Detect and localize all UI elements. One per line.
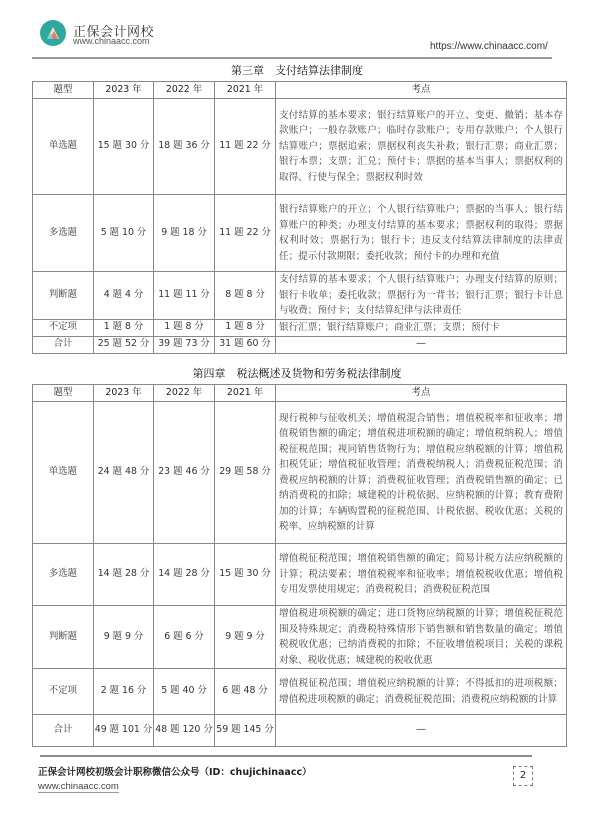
col-header-2023: 2023 年	[94, 82, 154, 99]
cell-2022: 48 题 120 分	[154, 715, 215, 747]
cell-type: 单选题	[33, 99, 94, 195]
chapter4-title: 第四章 税法概述及货物和劳务税法律制度	[0, 365, 594, 381]
table-row: 判断题 9 题 9 分 6 题 6 分 9 题 9 分 增值税进项税额的确定；进…	[33, 606, 567, 669]
footer-url-link[interactable]: www.chinaacc.com	[38, 781, 119, 793]
col-header-2023: 2023 年	[94, 385, 154, 402]
col-header-2021: 2021 年	[215, 385, 276, 402]
cell-2021: 15 题 30 分	[215, 544, 276, 606]
table-total-row: 合计 25 题 52 分 39 题 73 分 31 题 60 分 —	[33, 336, 567, 353]
cell-2022: 5 题 40 分	[154, 669, 215, 715]
cell-points: 支付结算的基本要求；个人银行结算账户；办理支付结算的原则；银行卡收单；委托收款；…	[276, 272, 567, 320]
header-divider	[32, 57, 552, 59]
table-row: 单选题 15 题 30 分 18 题 36 分 11 题 22 分 支付结算的基…	[33, 99, 567, 195]
col-header-type: 题型	[33, 82, 94, 99]
col-header-points: 考点	[276, 385, 567, 402]
table-header-row: 题型 2023 年 2022 年 2021 年 考点	[33, 82, 567, 99]
cell-2022: 1 题 8 分	[154, 319, 215, 336]
col-header-2021: 2021 年	[215, 82, 276, 99]
chapter4-table: 题型 2023 年 2022 年 2021 年 考点 单选题 24 题 48 分…	[32, 384, 567, 747]
site-url-link[interactable]: https://www.chinaacc.com/	[430, 41, 548, 52]
brand-url[interactable]: www.chinaacc.com	[73, 36, 150, 46]
cell-type: 不定项	[33, 669, 94, 715]
table-header-row: 题型 2023 年 2022 年 2021 年 考点	[33, 385, 567, 402]
cell-2023: 5 题 10 分	[94, 195, 154, 272]
chapter3-table: 题型 2023 年 2022 年 2021 年 考点 单选题 15 题 30 分…	[32, 81, 567, 354]
cell-2021: 59 题 145 分	[215, 715, 276, 747]
cell-type: 判断题	[33, 606, 94, 669]
col-header-2022: 2022 年	[154, 385, 215, 402]
col-header-points: 考点	[276, 82, 567, 99]
cell-points: 增值税征税范围；增值税应纳税额的计算；不得抵扣的进项税额；增值税进项税额的确定；…	[276, 669, 567, 715]
cell-2022: 9 题 18 分	[154, 195, 215, 272]
cell-points: 支付结算的基本要求；银行结算账户的开立、变更、撤销；基本存款账户；一般存款账户；…	[276, 99, 567, 195]
table-row: 单选题 24 题 48 分 23 题 46 分 29 题 58 分 现行税种与征…	[33, 402, 567, 544]
table-row: 判断题 4 题 4 分 11 题 11 分 8 题 8 分 支付结算的基本要求；…	[33, 272, 567, 320]
cell-points: 银行结算账户的开立；个人银行结算账户；票据的当事人；银行结算账户的种类；办理支付…	[276, 195, 567, 272]
cell-points: 现行税种与征收机关；增值税混合销售；增值税税率和征收率；增值税销售额的确定；增值…	[276, 402, 567, 544]
cell-type: 判断题	[33, 272, 94, 320]
cell-type: 不定项	[33, 319, 94, 336]
cell-2022: 39 题 73 分	[154, 336, 215, 353]
cell-points: 增值税进项税额的确定；进口货物应纳税额的计算；增值税征税范围及特殊规定；消费税特…	[276, 606, 567, 669]
cell-2021: 1 题 8 分	[215, 319, 276, 336]
cell-points: —	[276, 715, 567, 747]
cell-2023: 49 题 101 分	[94, 715, 154, 747]
col-header-type: 题型	[33, 385, 94, 402]
cell-points: 增值税征税范围；增值税销售额的确定；简易计税方法应纳税额的计算；税法要素；增值税…	[276, 544, 567, 606]
cell-2021: 6 题 48 分	[215, 669, 276, 715]
table-total-row: 合计 49 题 101 分 48 题 120 分 59 题 145 分 —	[33, 715, 567, 747]
cell-2023: 9 题 9 分	[94, 606, 154, 669]
cell-2021: 8 题 8 分	[215, 272, 276, 320]
cell-type: 单选题	[33, 402, 94, 544]
footer-divider	[40, 755, 532, 757]
table-row: 不定项 1 题 8 分 1 题 8 分 1 题 8 分 银行汇票；银行结算账户；…	[33, 319, 567, 336]
col-header-2022: 2022 年	[154, 82, 215, 99]
cell-2022: 14 题 28 分	[154, 544, 215, 606]
table-row: 多选题 5 题 10 分 9 题 18 分 11 题 22 分 银行结算账户的开…	[33, 195, 567, 272]
cell-2022: 6 题 6 分	[154, 606, 215, 669]
cell-points: —	[276, 336, 567, 353]
cell-type: 多选题	[33, 544, 94, 606]
cell-2022: 18 题 36 分	[154, 99, 215, 195]
cell-2021: 9 题 9 分	[215, 606, 276, 669]
footer-wechat-text: 正保会计网校初级会计职称微信公众号（ID：chujichinaacc）	[38, 764, 312, 778]
table-row: 多选题 14 题 28 分 14 题 28 分 15 题 30 分 增值税征税范…	[33, 544, 567, 606]
cell-points: 银行汇票；银行结算账户；商业汇票；支票；预付卡	[276, 319, 567, 336]
logo-icon	[40, 20, 66, 46]
cell-2023: 2 题 16 分	[94, 669, 154, 715]
page-number: 2	[513, 766, 533, 786]
cell-type: 合计	[33, 715, 94, 747]
cell-type: 合计	[33, 336, 94, 353]
chapter3-title: 第三章 支付结算法律制度	[0, 62, 594, 78]
cell-2023: 15 题 30 分	[94, 99, 154, 195]
cell-2021: 29 题 58 分	[215, 402, 276, 544]
cell-2023: 24 题 48 分	[94, 402, 154, 544]
cell-2023: 14 题 28 分	[94, 544, 154, 606]
cell-2021: 11 题 22 分	[215, 99, 276, 195]
cell-2023: 4 题 4 分	[94, 272, 154, 320]
cell-2022: 11 题 11 分	[154, 272, 215, 320]
cell-type: 多选题	[33, 195, 94, 272]
cell-2021: 11 题 22 分	[215, 195, 276, 272]
cell-2023: 25 题 52 分	[94, 336, 154, 353]
table-row: 不定项 2 题 16 分 5 题 40 分 6 题 48 分 增值税征税范围；增…	[33, 669, 567, 715]
cell-2023: 1 题 8 分	[94, 319, 154, 336]
cell-2022: 23 题 46 分	[154, 402, 215, 544]
cell-2021: 31 题 60 分	[215, 336, 276, 353]
